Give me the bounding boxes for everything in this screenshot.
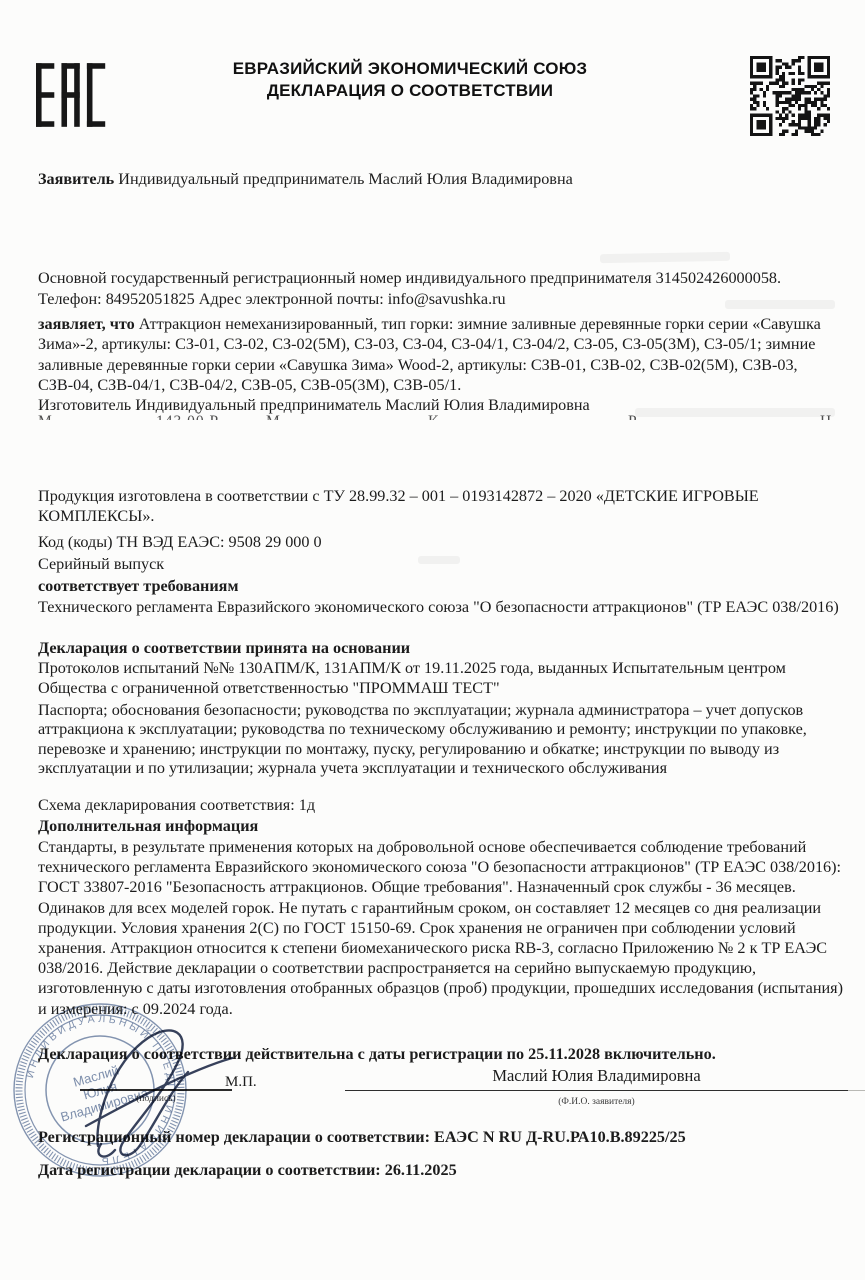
signer-name: Маслий Юлия Владимировна (345, 1066, 848, 1086)
clipped-fragment: Р (628, 413, 638, 420)
declares-value: Аттракцион немеханизированный, тип горки… (38, 315, 821, 394)
contacts-line: Телефон: 84952051825 Адрес электронной п… (38, 289, 844, 309)
tu-line: Продукция изготовлена в соответствии с Т… (38, 486, 844, 527)
scan-artifact (600, 252, 730, 263)
applicant-value: Индивидуальный предприниматель Маслий Юл… (118, 170, 573, 188)
basis-docs: Паспорта; обоснования безопасности; руко… (38, 701, 844, 779)
scheme-line: Схема декларирования соответствия: 1д (38, 795, 844, 815)
conforms-text: Технического регламента Евразийского эко… (38, 597, 844, 617)
clipped-fragment: 143 00 Р (156, 413, 219, 420)
clipped-fragment: Н (820, 413, 832, 420)
clipped-fragment: М (266, 413, 281, 420)
declares-label: заявляет, что (38, 315, 135, 333)
fio-line (345, 1090, 848, 1091)
fio-caption: (Ф.И.О. заявителя) (345, 1097, 848, 1108)
declares-paragraph: заявляет, что Аттракцион немеханизирован… (38, 314, 844, 395)
eac-logo (36, 54, 106, 136)
clipped-fragment: М (38, 413, 53, 420)
serial-line: Серийный выпуск (38, 554, 844, 574)
clipped-fragment: К (428, 413, 439, 420)
additional-text: Стандарты, в результате применения котор… (38, 837, 844, 1019)
applicant-label: Заявитель (38, 170, 114, 188)
ogrnip-line: Основной государственный регистрационный… (38, 268, 844, 288)
additional-heading: Дополнительная информация (38, 816, 844, 836)
document-header: ЕВРАЗИЙСКИЙ ЭКОНОМИЧЕСКИЙ СОЮЗ ДЕКЛАРАЦИ… (150, 58, 670, 101)
applicant-line: Заявитель Индивидуальный предприниматель… (38, 169, 844, 189)
qr-code-icon (748, 56, 832, 136)
basis-heading: Декларация о соответствии принята на осн… (38, 638, 844, 658)
tn-ved-line: Код (коды) ТН ВЭД ЕАЭС: 9508 29 000 0 (38, 532, 844, 552)
handwritten-signature (60, 1010, 360, 1180)
fio-line-faded-end (848, 1090, 865, 1091)
clipped-text-fragment: М 143 00 Р М К Р Н (38, 413, 844, 420)
document-type-title: ДЕКЛАРАЦИЯ О СООТВЕТСТВИИ (150, 80, 670, 102)
basis-protocols: Протоколов испытаний №№ 130АПМ/К, 131АПМ… (38, 658, 844, 699)
union-name: ЕВРАЗИЙСКИЙ ЭКОНОМИЧЕСКИЙ СОЮЗ (150, 58, 670, 80)
conforms-heading: соответствует требованиям (38, 576, 844, 596)
declaration-document: ЕВРАЗИЙСКИЙ ЭКОНОМИЧЕСКИЙ СОЮЗ ДЕКЛАРАЦИ… (0, 0, 865, 1280)
